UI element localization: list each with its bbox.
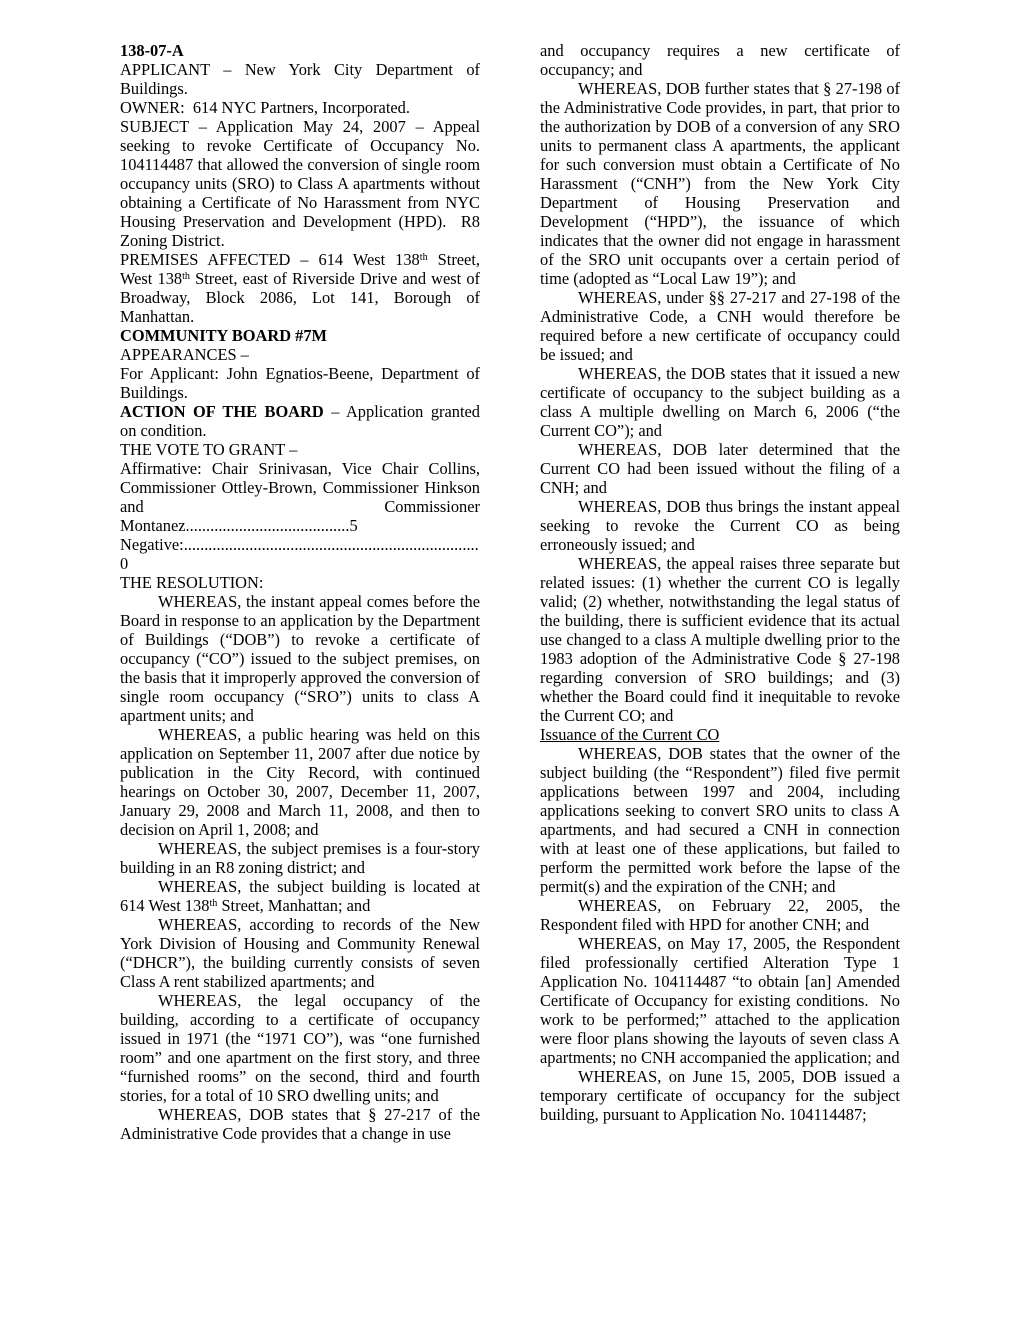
text-segment: OWNER: 614 NYC Partners, Incorporated. [120,98,410,117]
text-segment: WHEREAS, the DOB states that it issued a… [540,364,900,440]
text-segment: WHEREAS, on February 22, 2005, the Respo… [540,896,900,934]
text-segment: PREMISES AFFECTED – 614 West 138 [120,250,420,269]
whereas-three-issues: WHEREAS, the appeal raises three separat… [540,554,900,725]
text-segment: WHEREAS, DOB states that § 27-217 of the… [120,1105,480,1143]
vote-to-grant-heading: THE VOTE TO GRANT – [120,440,480,459]
whereas-instant-appeal: WHEREAS, the instant appeal comes before… [120,592,480,725]
text-segment: Affirmative: Chair Srinivasan, Vice Chai… [120,459,480,535]
text-segment: WHEREAS, the instant appeal comes before… [120,592,480,725]
text-segment: WHEREAS, on May 17, 2005, the Respondent… [540,934,900,1067]
text-segment: WHEREAS, the legal occupancy of the buil… [120,991,480,1105]
text-segment: WHEREAS, according to records of the New… [120,915,480,991]
ordinal-superscript: th [182,271,190,282]
issuance-of-current-co-heading: Issuance of the Current CO [540,725,900,744]
text-segment: COMMUNITY BOARD #7M [120,326,327,345]
document-page: 138-07-AAPPLICANT – New York City Depart… [0,0,1020,1320]
whereas-co-without-cnh: WHEREAS, DOB later determined that the C… [540,440,900,497]
text-segment: SUBJECT – Application May 24, 2007 – App… [120,117,480,250]
text-segment: APPEARANCES – [120,345,249,364]
vote-affirmative-line: Affirmative: Chair Srinivasan, Vice Chai… [120,459,480,535]
appearances-heading: APPEARANCES – [120,345,480,364]
text-segment: WHEREAS, DOB later determined that the C… [540,440,900,497]
text-segment: Negative:...............................… [120,535,479,573]
text-segment: and occupancy requires a new certificate… [540,41,900,79]
text-segment: WHEREAS, DOB further states that § 27-19… [540,79,900,288]
text-segment: WHEREAS, the appeal raises three separat… [540,554,900,725]
ordinal-superscript: th [209,898,217,909]
text-segment: WHEREAS, under §§ 27-217 and 27-198 of t… [540,288,900,364]
whereas-section-27-198: WHEREAS, DOB further states that § 27-19… [540,79,900,288]
text-segment: THE VOTE TO GRANT – [120,440,297,459]
appearances-for-applicant: For Applicant: John Egnatios-Beene, Depa… [120,364,480,402]
whereas-section-27-217: WHEREAS, DOB states that § 27-217 of the… [120,1105,480,1143]
text-segment: Issuance of the Current CO [540,725,719,744]
whereas-building-location: WHEREAS, the subject building is located… [120,877,480,915]
whereas-june-2005-temporary-co: WHEREAS, on June 15, 2005, DOB issued a … [540,1067,900,1124]
text-segment: WHEREAS, a public hearing was held on th… [120,725,480,839]
text-segment: 138-07-A [120,41,184,60]
text-segment: THE RESOLUTION: [120,573,263,592]
action-of-the-board-line: ACTION OF THE BOARD – Application grante… [120,402,480,440]
owner-line: OWNER: 614 NYC Partners, Incorporated. [120,98,480,117]
right-column: and occupancy requires a new certificate… [540,41,900,1320]
premises-affected-line: PREMISES AFFECTED – 614 West 138th Stree… [120,250,480,326]
resolution-heading: THE RESOLUTION: [120,573,480,592]
whereas-cnh-required: WHEREAS, under §§ 27-217 and 27-198 of t… [540,288,900,364]
whereas-dhcr-records: WHEREAS, according to records of the New… [120,915,480,991]
text-segment: WHEREAS, DOB thus brings the instant app… [540,497,900,554]
continuation-change-in-use: and occupancy requires a new certificate… [540,41,900,79]
whereas-legal-occupancy-1971: WHEREAS, the legal occupancy of the buil… [120,991,480,1105]
text-segment: WHEREAS, on June 15, 2005, DOB issued a … [540,1067,900,1124]
calendar-number: 138-07-A [120,41,480,60]
community-board-line: COMMUNITY BOARD #7M [120,326,480,345]
text-segment: Street, Manhattan; and [217,896,370,915]
whereas-four-story-building: WHEREAS, the subject premises is a four-… [120,839,480,877]
text-segment: APPLICANT – New York City Department of … [120,60,480,98]
applicant-line: APPLICANT – New York City Department of … [120,60,480,98]
text-segment: ACTION OF THE BOARD [120,402,324,421]
whereas-february-2005-cnh: WHEREAS, on February 22, 2005, the Respo… [540,896,900,934]
whereas-current-co-issued: WHEREAS, the DOB states that it issued a… [540,364,900,440]
text-segment: WHEREAS, the subject premises is a four-… [120,839,480,877]
left-column: 138-07-AAPPLICANT – New York City Depart… [120,41,480,1320]
whereas-appeal-to-revoke: WHEREAS, DOB thus brings the instant app… [540,497,900,554]
text-segment: For Applicant: John Egnatios-Beene, Depa… [120,364,480,402]
whereas-may-2005-alteration: WHEREAS, on May 17, 2005, the Respondent… [540,934,900,1067]
ordinal-superscript: th [420,252,428,263]
subject-line: SUBJECT – Application May 24, 2007 – App… [120,117,480,250]
text-segment: WHEREAS, DOB states that the owner of th… [540,744,900,896]
whereas-public-hearing: WHEREAS, a public hearing was held on th… [120,725,480,839]
vote-negative-line: Negative:...............................… [120,535,480,573]
whereas-five-permit-applications: WHEREAS, DOB states that the owner of th… [540,744,900,896]
